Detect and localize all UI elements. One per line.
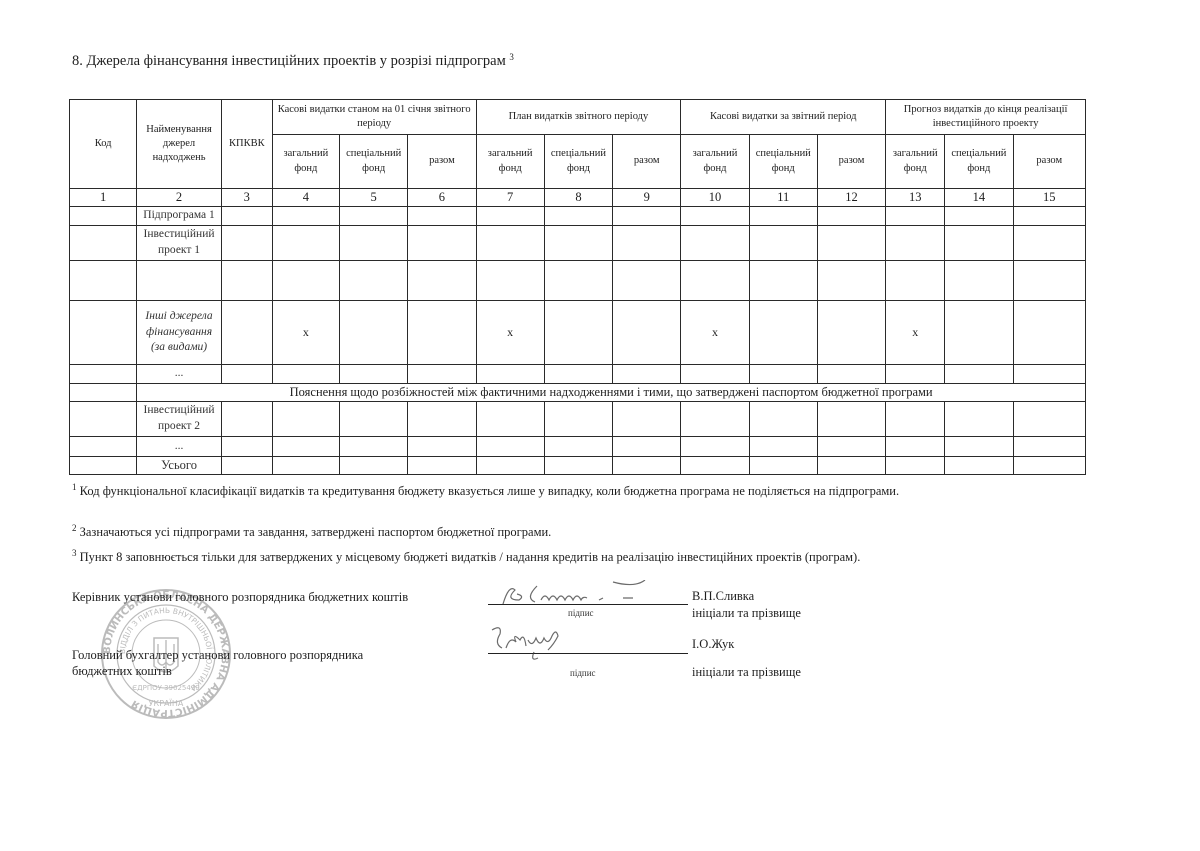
table-row-other-sources: Інші джерела фінансування (за видами) х … bbox=[70, 300, 1086, 364]
table-row-explanation: Пояснення щодо розбіжностей між фактични… bbox=[70, 383, 1086, 401]
header-group-forecast: Прогноз видатків до кінця реалізації інв… bbox=[886, 100, 1086, 135]
col-num: 3 bbox=[221, 189, 272, 207]
accountant-name: І.О.Жук bbox=[692, 637, 734, 652]
signature-icon bbox=[488, 622, 578, 662]
col-num: 9 bbox=[613, 189, 681, 207]
signature-caption: підпис bbox=[570, 668, 596, 678]
head-role-label: Керівник установи головного розпорядника… bbox=[72, 590, 408, 605]
na-mark: х bbox=[476, 300, 544, 364]
col-num: 6 bbox=[408, 189, 476, 207]
footnote-2: 2 Зазначаються усі підпрограми та завдан… bbox=[72, 523, 551, 540]
header-special-fund: спеціальний фонд bbox=[340, 135, 408, 189]
header-group-plan: План видатків звітного періоду bbox=[476, 100, 681, 135]
col-num: 5 bbox=[340, 189, 408, 207]
row-label: ... bbox=[137, 364, 222, 383]
signature-icon bbox=[495, 580, 675, 610]
accountant-role-label-line-2: бюджетних коштів bbox=[72, 664, 172, 679]
table-row-empty bbox=[70, 260, 1086, 300]
header-special-fund: спеціальний фонд bbox=[749, 135, 817, 189]
header-special-fund: спеціальний фонд bbox=[544, 135, 612, 189]
col-num: 11 bbox=[749, 189, 817, 207]
col-num: 2 bbox=[137, 189, 222, 207]
funding-sources-table: Код Найменування джерел надходжень КПКВК… bbox=[69, 99, 1086, 475]
na-mark: х bbox=[681, 300, 749, 364]
header-source-name: Найменування джерел надходжень bbox=[137, 100, 222, 189]
footnote-ref: 3 bbox=[509, 52, 514, 62]
header-total: разом bbox=[613, 135, 681, 189]
table-row-ellipsis: ... bbox=[70, 436, 1086, 456]
name-caption: ініціали та прізвище bbox=[692, 665, 801, 680]
col-num: 13 bbox=[886, 189, 945, 207]
table-row-investment-project-2: Інвестиційний проект 2 bbox=[70, 401, 1086, 436]
col-num: 10 bbox=[681, 189, 749, 207]
header-general-fund: загальний фонд bbox=[476, 135, 544, 189]
header-row-groups: Код Найменування джерел надходжень КПКВК… bbox=[70, 100, 1086, 135]
row-label: Підпрограма 1 bbox=[137, 206, 222, 225]
col-num: 14 bbox=[945, 189, 1013, 207]
header-general-fund: загальний фонд bbox=[272, 135, 339, 189]
col-num: 15 bbox=[1013, 189, 1085, 207]
header-total: разом bbox=[817, 135, 885, 189]
col-num: 8 bbox=[544, 189, 612, 207]
col-num: 4 bbox=[272, 189, 339, 207]
header-total: разом bbox=[408, 135, 476, 189]
name-caption: ініціали та прізвище bbox=[692, 606, 801, 621]
na-mark: х bbox=[272, 300, 339, 364]
header-code: Код bbox=[70, 100, 137, 189]
header-group-cash-start: Касові видатки станом на 01 січня звітно… bbox=[272, 100, 476, 135]
footnote-3: 3 Пункт 8 заповнюється тільки для затвер… bbox=[72, 548, 860, 565]
table-row-total: Усього bbox=[70, 456, 1086, 474]
col-num: 7 bbox=[476, 189, 544, 207]
col-num: 12 bbox=[817, 189, 885, 207]
explanation-text: Пояснення щодо розбіжностей між фактични… bbox=[137, 383, 1086, 401]
row-label: Інвестиційний проект 1 bbox=[137, 225, 222, 260]
row-label: Усього bbox=[137, 456, 222, 474]
header-general-fund: загальний фонд bbox=[886, 135, 945, 189]
svg-text:ЄДРПОУ 39625499: ЄДРПОУ 39625499 bbox=[132, 684, 199, 692]
header-kpkvk: КПКВК bbox=[221, 100, 272, 189]
header-special-fund: спеціальний фонд bbox=[945, 135, 1013, 189]
section-title: 8. Джерела фінансування інвестиційних пр… bbox=[72, 52, 514, 70]
row-label: Інвестиційний проект 2 bbox=[137, 401, 222, 436]
head-name: В.П.Сливка bbox=[692, 589, 754, 604]
svg-text:УКРАЇНА: УКРАЇНА bbox=[149, 698, 184, 708]
table-row-subprogram-1: Підпрограма 1 bbox=[70, 206, 1086, 225]
footnote-1: 1 Код функціональної класифікації видатк… bbox=[72, 482, 899, 499]
accountant-role-label-line-1: Головний бухгалтер установи головного ро… bbox=[72, 648, 363, 663]
header-general-fund: загальний фонд bbox=[681, 135, 749, 189]
header-total: разом bbox=[1013, 135, 1085, 189]
signature-caption: підпис bbox=[568, 608, 594, 618]
table-row-ellipsis: ... bbox=[70, 364, 1086, 383]
col-num: 1 bbox=[70, 189, 137, 207]
column-number-row: 1 2 3 4 5 6 7 8 9 10 11 12 13 14 15 bbox=[70, 189, 1086, 207]
table-row-investment-project-1: Інвестиційний проект 1 bbox=[70, 225, 1086, 260]
row-label: Інші джерела фінансування (за видами) bbox=[137, 300, 222, 364]
header-group-cash-period: Касові видатки за звітний період bbox=[681, 100, 886, 135]
na-mark: х bbox=[886, 300, 945, 364]
row-label: ... bbox=[137, 436, 222, 456]
